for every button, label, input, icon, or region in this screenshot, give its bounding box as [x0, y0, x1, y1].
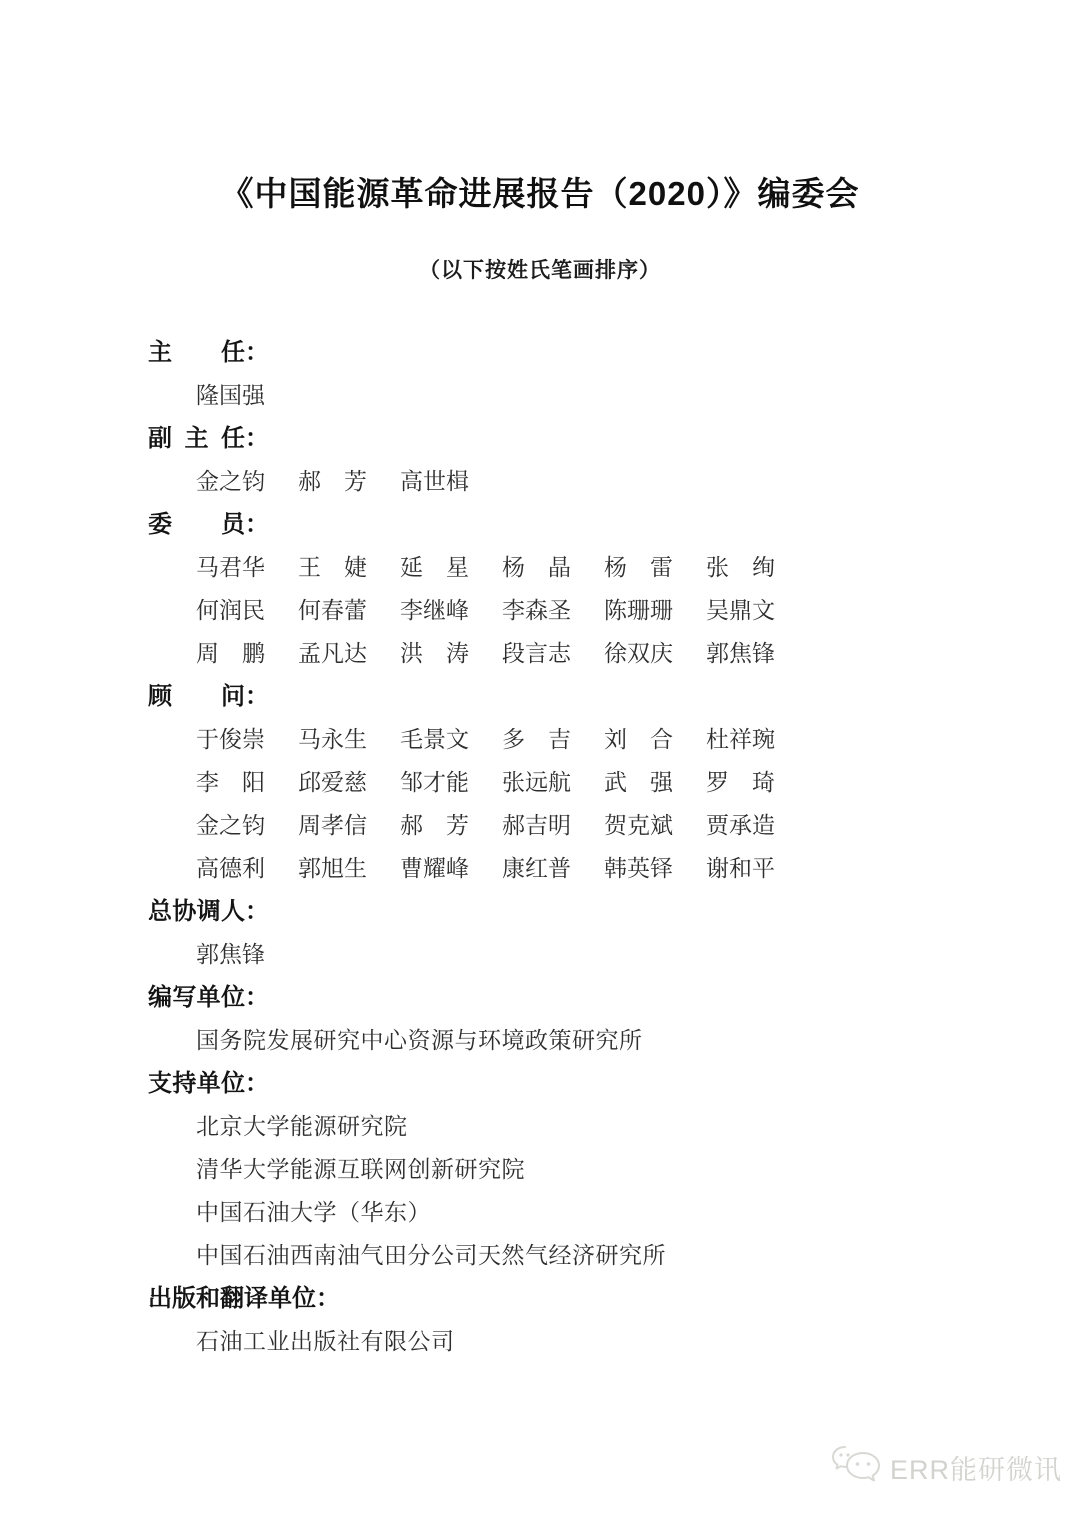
label-colon: ：	[245, 425, 269, 452]
member-name: 李继峰	[400, 589, 469, 632]
member-name: 于俊崇	[196, 718, 265, 761]
name-row: 于俊崇 马永生 毛景文 多吉 刘合 杜祥琬	[148, 718, 1080, 761]
organization-name: 清华大学能源互联网创新研究院	[196, 1157, 525, 1182]
member-name: 吴鼎文	[706, 589, 775, 632]
member-name: 洪涛	[400, 632, 469, 675]
label-colon: ：	[245, 898, 269, 925]
member-name: 王婕	[298, 546, 367, 589]
brand-name: ERR能研微讯	[890, 1448, 1062, 1487]
name-row: 隆国强	[148, 374, 1080, 417]
section-label-publishing-translation-organization: 出版和翻译单位：	[148, 1277, 1080, 1320]
member-name: 金之钧	[196, 804, 265, 847]
member-name: 刘合	[604, 718, 673, 761]
member-name: 武强	[604, 761, 673, 804]
member-name: 周孝信	[298, 804, 367, 847]
name-row: 高德利 郭旭生 曹耀峰 康红普 韩英铎 谢和平	[148, 847, 1080, 890]
member-name: 孟凡达	[298, 632, 367, 675]
section-label-text: 出版和翻译单位	[148, 1277, 316, 1320]
section-label-supporting-organizations: 支持单位：	[148, 1062, 1080, 1105]
organization-row: 国务院发展研究中心资源与环境政策研究所	[148, 1019, 1080, 1062]
section-label-writing-organization: 编写单位：	[148, 976, 1080, 1019]
member-name: 毛景文	[400, 718, 469, 761]
organization-name: 中国石油西南油气田分公司天然气经济研究所	[196, 1243, 666, 1268]
label-colon: ：	[245, 683, 269, 710]
organization-name: 石油工业出版社有限公司	[196, 1329, 455, 1354]
section-label-deputy-director: 副主任：	[148, 417, 1080, 460]
member-name: 邹才能	[400, 761, 469, 804]
member-name: 郝芳	[400, 804, 469, 847]
member-name: 马君华	[196, 546, 265, 589]
member-name: 李阳	[196, 761, 265, 804]
member-name: 陈珊珊	[604, 589, 673, 632]
page-title: 《中国能源革命进展报告（2020）》编委会	[0, 0, 1080, 212]
member-name: 马永生	[298, 718, 367, 761]
label-colon: ：	[245, 339, 269, 366]
organization-row: 北京大学能源研究院	[148, 1105, 1080, 1148]
member-name: 杜祥琬	[706, 718, 775, 761]
section-label-text: 委员	[148, 503, 245, 546]
member-name: 周鹏	[196, 632, 265, 675]
member-name: 隆国强	[196, 374, 265, 417]
name-row: 李阳 邱爱慈 邹才能 张远航 武强 罗琦	[148, 761, 1080, 804]
wechat-icon	[831, 1443, 883, 1492]
member-name: 曹耀峰	[400, 847, 469, 890]
member-name: 贺克斌	[604, 804, 673, 847]
organization-name: 国务院发展研究中心资源与环境政策研究所	[196, 1028, 643, 1053]
label-colon: ：	[245, 511, 269, 538]
section-label-text: 编写单位	[148, 976, 245, 1019]
label-colon: ：	[245, 1070, 269, 1097]
member-name: 杨雷	[604, 546, 673, 589]
member-name: 郭旭生	[298, 847, 367, 890]
document-page: 《中国能源革命进展报告（2020）》编委会 （以下按姓氏笔画排序） 主任： 隆国…	[0, 0, 1080, 1518]
member-name: 高德利	[196, 847, 265, 890]
committee-list: 主任： 隆国强 副主任： 金之钧 郝芳 高世楫 委员： 马君华 王婕 延星 杨晶…	[0, 331, 1080, 1363]
member-name: 郭焦锋	[706, 632, 775, 675]
member-name: 邱爱慈	[298, 761, 367, 804]
member-name: 罗琦	[706, 761, 775, 804]
name-row: 马君华 王婕 延星 杨晶 杨雷 张绚	[148, 546, 1080, 589]
organization-name: 北京大学能源研究院	[196, 1114, 408, 1139]
name-row: 郭焦锋	[148, 933, 1080, 976]
member-name: 杨晶	[502, 546, 571, 589]
member-name: 贾承造	[706, 804, 775, 847]
name-row: 周鹏 孟凡达 洪涛 段言志 徐双庆 郭焦锋	[148, 632, 1080, 675]
page-subtitle: （以下按姓氏笔画排序）	[0, 258, 1080, 283]
member-name: 韩英铎	[604, 847, 673, 890]
section-label-text: 副主任	[148, 417, 245, 460]
label-colon: ：	[316, 1285, 340, 1312]
member-name: 郝吉明	[502, 804, 571, 847]
section-label-text: 主任	[148, 331, 245, 374]
member-name: 张绚	[706, 546, 775, 589]
section-label-advisors: 顾问：	[148, 675, 1080, 718]
section-label-text: 支持单位	[148, 1062, 245, 1105]
section-label-members: 委员：	[148, 503, 1080, 546]
section-label-text: 顾问	[148, 675, 245, 718]
organization-name: 中国石油大学（华东）	[196, 1200, 431, 1225]
member-name: 康红普	[502, 847, 571, 890]
organization-row: 清华大学能源互联网创新研究院	[148, 1148, 1080, 1191]
member-name: 李森圣	[502, 589, 571, 632]
name-row: 金之钧 周孝信 郝芳 郝吉明 贺克斌 贾承造	[148, 804, 1080, 847]
organization-row: 中国石油西南油气田分公司天然气经济研究所	[148, 1234, 1080, 1277]
member-name: 郝芳	[298, 460, 367, 503]
organization-row: 中国石油大学（华东）	[148, 1191, 1080, 1234]
organization-row: 石油工业出版社有限公司	[148, 1320, 1080, 1363]
label-colon: ：	[245, 984, 269, 1011]
member-name: 何润民	[196, 589, 265, 632]
member-name: 谢和平	[706, 847, 775, 890]
member-name: 段言志	[502, 632, 571, 675]
member-name: 张远航	[502, 761, 571, 804]
member-name: 金之钧	[196, 460, 265, 503]
name-row: 金之钧 郝芳 高世楫	[148, 460, 1080, 503]
member-name: 多吉	[502, 718, 571, 761]
member-name: 何春蕾	[298, 589, 367, 632]
section-label-director: 主任：	[148, 331, 1080, 374]
member-name: 郭焦锋	[196, 933, 265, 976]
section-label-text: 总协调人	[148, 890, 245, 933]
section-label-chief-coordinator: 总协调人：	[148, 890, 1080, 933]
member-name: 延星	[400, 546, 469, 589]
name-row: 何润民 何春蕾 李继峰 李森圣 陈珊珊 吴鼎文	[148, 589, 1080, 632]
member-name: 高世楫	[400, 460, 469, 503]
member-name: 徐双庆	[604, 632, 673, 675]
brand-watermark: ERR能研微讯	[831, 1443, 1062, 1492]
